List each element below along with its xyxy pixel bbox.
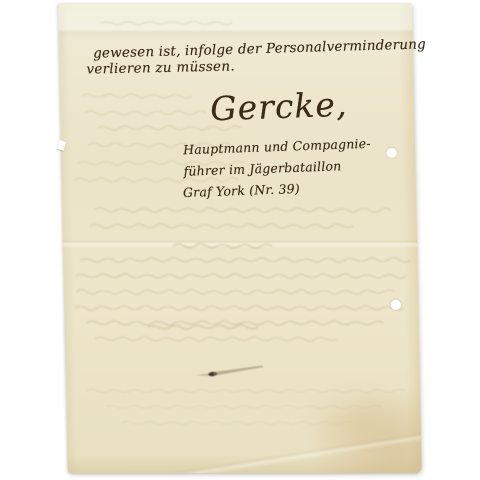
handwritten-line-2: verlieren zu müssen.: [86, 58, 235, 77]
paper-tear-mark: [195, 366, 264, 377]
bleedthrough-line: [100, 21, 232, 24]
signature-title-line-3: Graf York (Nr. 39): [183, 181, 301, 200]
punch-hole-bottom: [390, 299, 401, 310]
bleedthrough-line: [82, 94, 192, 98]
bleedthrough-line: [80, 258, 410, 262]
bleedthrough-line: [95, 337, 337, 341]
letter-page: gewesen ist, infolge der Personalvermind…: [58, 3, 422, 473]
bleedthrough-line: [74, 306, 404, 310]
bleedthrough-line: [76, 290, 395, 294]
bleedthrough-line: [122, 421, 353, 424]
punch-hole-top: [386, 147, 397, 158]
bleedthrough-line: [94, 208, 391, 212]
bleedthrough-line: [173, 244, 272, 248]
bleedthrough-line: [86, 389, 405, 392]
signature-title-line-2: führer im Jägerbataillon: [183, 158, 342, 179]
bleedthrough-line: [90, 224, 354, 228]
photo-background: gewesen ist, infolge der Personalvermind…: [0, 0, 480, 480]
signature-title-line-1: Hauptmann und Compagnie-: [183, 136, 371, 158]
handwritten-line-1: gewesen ist, infolge der Personalvermind…: [93, 36, 427, 61]
bleedthrough-line: [87, 321, 384, 325]
bleedthrough-line: [148, 325, 258, 329]
bleedthrough-line: [85, 111, 206, 115]
edge-nick: [57, 140, 66, 151]
signature-gercke: Gercke,: [209, 85, 348, 129]
bleedthrough-line: [106, 405, 381, 408]
bleedthrough-line: [74, 178, 239, 182]
bleedthrough-line: [76, 274, 406, 278]
